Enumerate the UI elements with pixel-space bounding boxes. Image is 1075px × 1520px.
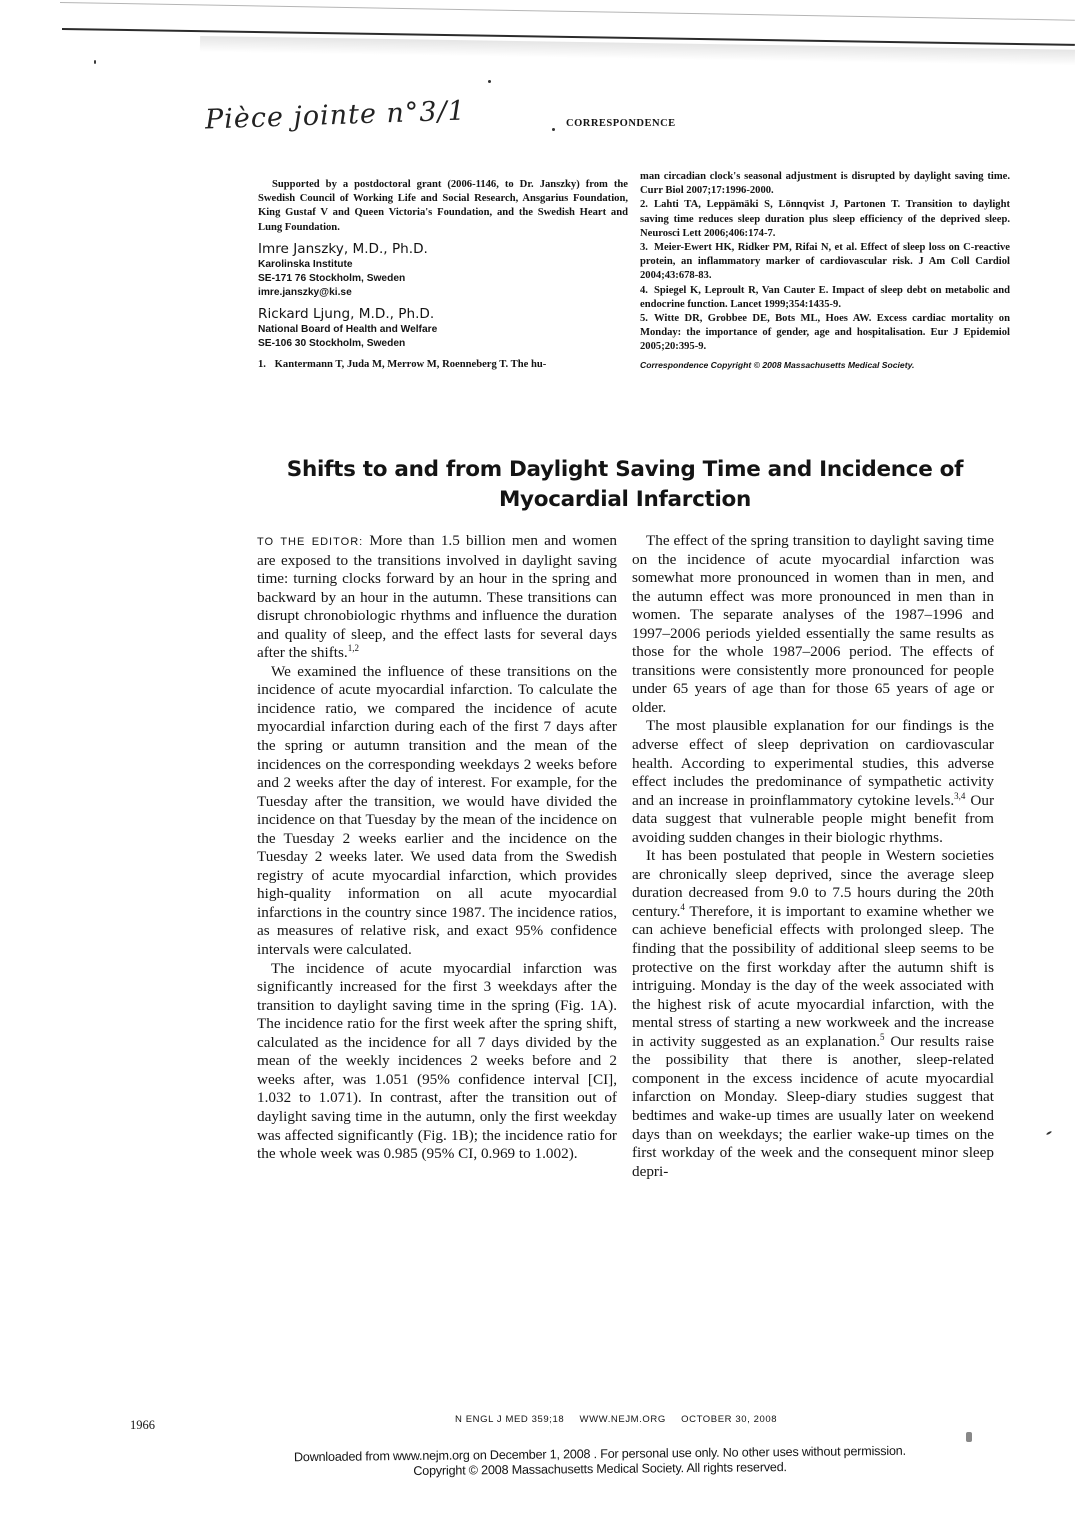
reference-text: Spiegel K, Leproult R, Van Cauter E. Imp… xyxy=(640,285,1010,310)
article-left-column: TO THE EDITOR: More than 1.5 billion men… xyxy=(257,532,617,1164)
scan-speck xyxy=(1046,1131,1052,1136)
scan-speck xyxy=(94,60,96,64)
citation-superscript: 1,2 xyxy=(348,643,359,653)
citation-superscript: 3,4 xyxy=(954,791,965,801)
reference-item: 1. Kantermann T, Juda M, Merrow M, Roenn… xyxy=(258,358,628,372)
section-label: CORRESPONDENCE xyxy=(566,118,676,129)
issue-date: OCTOBER 30, 2008 xyxy=(681,1414,777,1425)
page-number: 1966 xyxy=(130,1418,155,1433)
reference-number: 2. xyxy=(640,198,654,212)
scan-speck xyxy=(552,128,555,131)
author-email: imre.janszky@ki.se xyxy=(258,286,628,300)
journal-citation: N ENGL J MED 359;18 xyxy=(455,1414,564,1425)
reference-item: 3.Meier-Ewert HK, Ridker PM, Rifai N, et… xyxy=(640,241,1010,284)
scan-shadow xyxy=(200,36,1075,66)
author-name: Rickard Ljung, M.D., Ph.D. xyxy=(258,306,628,323)
reference-item: 5.Witte DR, Grobbee DE, Bots ML, Hoes AW… xyxy=(640,312,1010,355)
article-title: Shifts to and from Daylight Saving Time … xyxy=(270,455,980,515)
reference-text: Kantermann T, Juda M, Merrow M, Roennebe… xyxy=(275,359,547,370)
author-affiliation: National Board of Health and Welfare SE-… xyxy=(258,323,628,351)
article-right-column: The effect of the spring transition to d… xyxy=(632,532,994,1181)
paragraph-text: Therefore, it is important to examine wh… xyxy=(632,903,994,1050)
author-name: Imre Janszky, M.D., Ph.D. xyxy=(258,241,628,258)
journal-website: WWW.NEJM.ORG xyxy=(580,1414,666,1425)
previous-letter-left-column: Supported by a postdoctoral grant (2006-… xyxy=(258,178,628,372)
reference-continuation: man circadian clock's seasonal adjustmen… xyxy=(640,170,1010,198)
paragraph: TO THE EDITOR: More than 1.5 billion men… xyxy=(257,532,617,663)
reference-item: 4.Spiegel K, Leproult R, Van Cauter E. I… xyxy=(640,284,1010,312)
correspondence-copyright: Correspondence Copyright © 2008 Massachu… xyxy=(640,358,1010,372)
reference-text: Meier-Ewert HK, Ridker PM, Rifai N, et a… xyxy=(640,242,1010,281)
download-notice: Downloaded from www.nejm.org on December… xyxy=(200,1443,1000,1481)
reference-text: Lahti TA, Leppämäki S, Lönnqvist J, Part… xyxy=(640,199,1010,238)
reference-item: 2.Lahti TA, Leppämäki S, Lönnqvist J, Pa… xyxy=(640,198,1010,241)
reference-number: 1. xyxy=(258,358,272,372)
scan-edge-faint xyxy=(60,2,1075,21)
affiliation-institution: Karolinska Institute xyxy=(258,258,628,272)
references-list: man circadian clock's seasonal adjustmen… xyxy=(640,170,1010,372)
paragraph-text: The most plausible explanation for our f… xyxy=(632,717,994,808)
funding-statement: Supported by a postdoctoral grant (2006-… xyxy=(258,178,628,235)
paragraph-text: Our results raise the possibility that t… xyxy=(632,1033,994,1180)
paragraph: The effect of the spring transition to d… xyxy=(632,532,994,717)
reference-number: 3. xyxy=(640,241,654,255)
affiliation-address: SE-171 76 Stockholm, Sweden xyxy=(258,272,628,286)
scan-speck xyxy=(488,80,491,83)
lead-in: TO THE EDITOR: xyxy=(257,536,363,548)
handwritten-annotation: Pièce jointe n°3/1 xyxy=(205,95,467,135)
paragraph: The incidence of acute myocardial infarc… xyxy=(257,960,617,1164)
paragraph: We examined the influence of these trans… xyxy=(257,663,617,960)
reference-number: 5. xyxy=(640,312,654,326)
reference-text: Witte DR, Grobbee DE, Bots ML, Hoes AW. … xyxy=(640,313,1010,352)
author-affiliation: Karolinska Institute SE-171 76 Stockholm… xyxy=(258,258,628,300)
reference-number: 4. xyxy=(640,284,654,298)
paragraph: The most plausible explanation for our f… xyxy=(632,717,994,847)
journal-footer: N ENGL J MED 359;18 WWW.NEJM.ORG OCTOBER… xyxy=(455,1414,789,1425)
affiliation-institution: National Board of Health and Welfare xyxy=(258,323,628,337)
scan-mark xyxy=(966,1432,972,1442)
paragraph: It has been postulated that people in We… xyxy=(632,847,994,1181)
paragraph-text: More than 1.5 billion men and women are … xyxy=(257,532,617,661)
affiliation-address: SE-106 30 Stockholm, Sweden xyxy=(258,337,628,351)
